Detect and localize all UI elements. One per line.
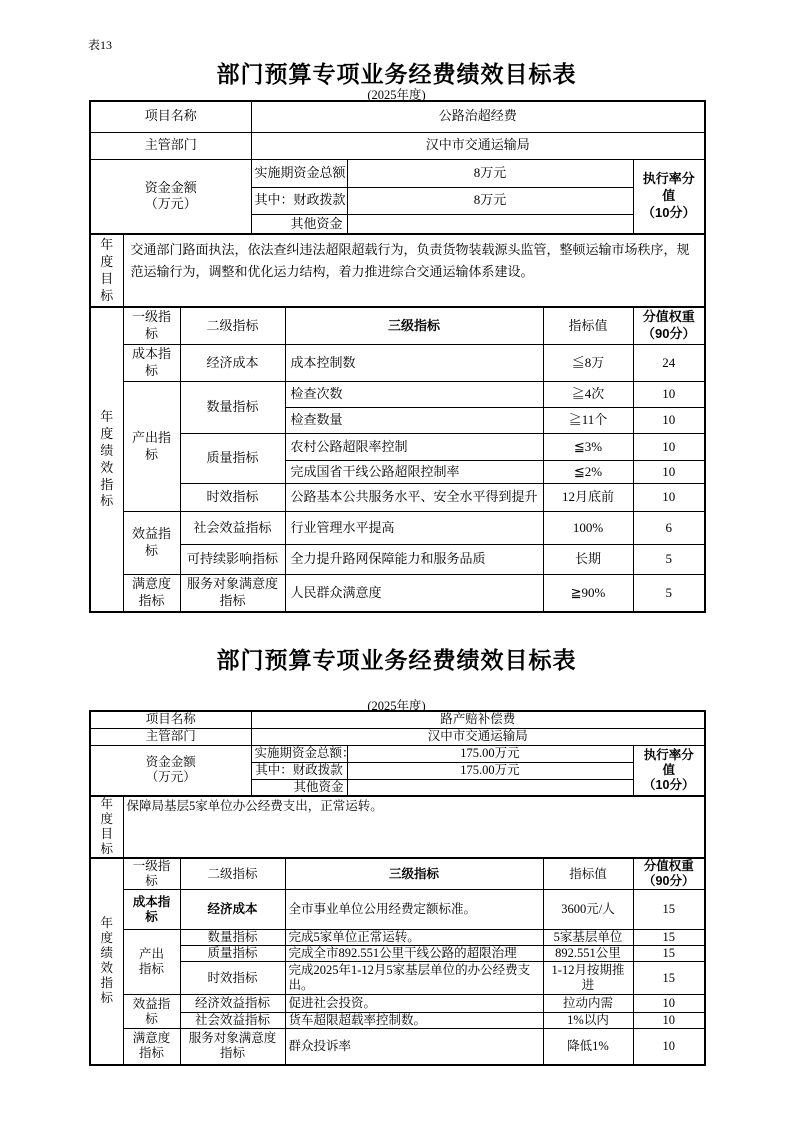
value-cell: ≧11个 <box>543 408 633 434</box>
weight-cell: 5 <box>633 575 705 612</box>
level3-cell: 检查数量 <box>285 408 543 434</box>
fund-total-label: 实施期资金总额： <box>251 745 347 762</box>
table1: 项目名称 公路治超经费 主管部门 汉中市交通运输局 资金金额 （万元） 实施期资… <box>89 100 706 613</box>
dept-value: 汉中市交通运输局 <box>251 132 705 159</box>
table-row: 产出 指标 数量指标 完成5家单位正常运转。 5家基层单位 15 <box>90 930 705 946</box>
page-number-label: 表13 <box>88 36 112 53</box>
level3-cell: 检查次数 <box>285 382 543 408</box>
level2-cell: 数量指标 <box>180 382 285 434</box>
header-level2: 二级指标 <box>180 307 285 344</box>
annual-perf-indicator-label: 年 度 绩 效 指 标 <box>90 307 123 612</box>
fund-fiscal-label: 其中：财政拨款 <box>251 187 347 214</box>
fund-amount-label: 资金金额 （万元） <box>90 159 251 234</box>
level2-cell: 经济成本 <box>180 890 285 930</box>
annual-goal-text: 交通部门路面执法，依法查纠违法超限超载行为，负责货物装载源头监管，整顿运输市场秩… <box>123 234 705 307</box>
level2-cell: 经济效益指标 <box>180 995 285 1013</box>
value-cell: 降低1% <box>543 1029 633 1065</box>
table-row: 质量指标 完成全市892.551公里干线公路的超限治理 892.551公里 15 <box>90 946 705 962</box>
level2-cell: 服务对象满意度 指标 <box>180 575 285 612</box>
header-level3: 三级指标 <box>285 307 543 344</box>
fund-other-value <box>347 214 633 234</box>
level1-cell: 成本指 标 <box>123 345 180 382</box>
table1-indicators: 年 度 绩 效 指 标 一级指 标 二级指标 三级指标 指标值 分值权重 （90… <box>89 306 706 613</box>
weight-cell: 15 <box>633 890 705 930</box>
level2-cell: 可持续影响指标 <box>180 545 285 575</box>
annual-goal-text: 保障局基层5家单位办公经费支出，正常运转。 <box>123 796 705 858</box>
fund-total-label: 实施期资金总额： <box>251 159 347 187</box>
header-value: 指标值 <box>543 307 633 344</box>
dept-label: 主管部门 <box>90 132 251 159</box>
table-row: 产出指 标 数量指标 检查次数 ≧4次 10 <box>90 382 705 408</box>
table2-indicators: 年 度 绩 效 指 标 一级指 标 二级指标 三级指标 指标值 分值权重 （90… <box>89 857 706 1066</box>
project-name-label: 项目名称 <box>90 101 251 132</box>
fund-total-value: 175.00万元 <box>347 745 633 762</box>
level3-cell: 全市事业单位公用经费定额标准。 <box>285 890 543 930</box>
value-cell: ≦8万 <box>543 345 633 382</box>
value-cell: 100% <box>543 512 633 545</box>
value-cell: 3600元/人 <box>543 890 633 930</box>
weight-cell: 10 <box>633 461 705 484</box>
table-row: 效益指 标 经济效益指标 促进社会投资。 拉动内需 10 <box>90 995 705 1013</box>
fund-fiscal-value: 8万元 <box>347 187 633 214</box>
table2-goal: 年 度 目 标 保障局基层5家单位办公经费支出，正常运转。 <box>89 795 706 859</box>
value-cell: ≦2% <box>543 461 633 484</box>
project-name-label: 项目名称 <box>90 711 251 728</box>
fund-total-value: 8万元 <box>347 159 633 187</box>
value-cell: 12月底前 <box>543 484 633 512</box>
level3-cell: 人民群众满意度 <box>285 575 543 612</box>
value-cell: 5家基层单位 <box>543 930 633 946</box>
project-name-value: 公路治超经费 <box>251 101 705 132</box>
level1-cell: 效益指 标 <box>123 512 180 575</box>
table2: 项目名称 路产赔补偿费 主管部门 汉中市交通运输局 资金金额 （万元） 实施期资… <box>89 710 706 1066</box>
level2-cell: 数量指标 <box>180 930 285 946</box>
level3-cell: 完成国省干线公路超限控制率 <box>285 461 543 484</box>
weight-cell: 15 <box>633 930 705 946</box>
weight-cell: 10 <box>633 1013 705 1029</box>
level3-cell: 公路基本公共服务水平、安全水平得到提升 <box>285 484 543 512</box>
fund-other-label: 其他资金 <box>251 779 347 796</box>
level3-cell: 群众投诉率 <box>285 1029 543 1065</box>
level3-cell: 全力提升路网保障能力和服务品质 <box>285 545 543 575</box>
weight-cell: 10 <box>633 434 705 461</box>
table1-info: 项目名称 公路治超经费 主管部门 汉中市交通运输局 资金金额 （万元） 实施期资… <box>89 100 706 235</box>
level1-cell: 满意度 指标 <box>123 1029 180 1065</box>
header-level1: 一级指 标 <box>123 307 180 344</box>
weight-cell: 15 <box>633 946 705 962</box>
level3-cell: 完成5家单位正常运转。 <box>285 930 543 946</box>
level2-cell: 时效指标 <box>180 484 285 512</box>
level1-cell: 产出 指标 <box>123 930 180 995</box>
table-row: 社会效益指标 货车超限超载率控制数。 1%以内 10 <box>90 1013 705 1029</box>
weight-cell: 10 <box>633 382 705 408</box>
weight-cell: 10 <box>633 484 705 512</box>
project-name-value: 路产赔补偿费 <box>251 711 705 728</box>
table-row: 可持续影响指标 全力提升路网保障能力和服务品质 长期 5 <box>90 545 705 575</box>
table-row: 成本指 标 经济成本 全市事业单位公用经费定额标准。 3600元/人 15 <box>90 890 705 930</box>
value-cell: 1%以内 <box>543 1013 633 1029</box>
value-cell: 长期 <box>543 545 633 575</box>
table2-info: 项目名称 路产赔补偿费 主管部门 汉中市交通运输局 资金金额 （万元） 实施期资… <box>89 710 706 797</box>
dept-label: 主管部门 <box>90 728 251 745</box>
level3-cell: 货车超限超载率控制数。 <box>285 1013 543 1029</box>
execution-rate-score-label: 执行率分 值 （10分） <box>633 745 705 796</box>
level3-cell: 成本控制数 <box>285 345 543 382</box>
level3-cell: 完成2025年1-12月5家基层单位的办公经费支出。 <box>285 962 543 995</box>
level1-cell: 效益指 标 <box>123 995 180 1029</box>
table-row: 成本指 标 经济成本 成本控制数 ≦8万 24 <box>90 345 705 382</box>
level2-cell: 服务对象满意度 指标 <box>180 1029 285 1065</box>
annual-goal-label: 年 度 目 标 <box>90 234 123 307</box>
level3-cell: 行业管理水平提高 <box>285 512 543 545</box>
level1-cell: 满意度 指标 <box>123 575 180 612</box>
header-level2: 二级指标 <box>180 858 285 890</box>
level3-cell: 农村公路超限率控制 <box>285 434 543 461</box>
table-row: 满意度 指标 服务对象满意度 指标 群众投诉率 降低1% 10 <box>90 1029 705 1065</box>
weight-cell: 15 <box>633 962 705 995</box>
value-cell: ≦3% <box>543 434 633 461</box>
value-cell: ≧4次 <box>543 382 633 408</box>
value-cell: 1-12月按期推 进 <box>543 962 633 995</box>
execution-rate-score-label: 执行率分 值 （10分） <box>633 159 705 234</box>
table-row: 质量指标 农村公路超限率控制 ≦3% 10 <box>90 434 705 461</box>
weight-cell: 6 <box>633 512 705 545</box>
weight-cell: 10 <box>633 408 705 434</box>
table1-goal: 年 度 目 标 交通部门路面执法，依法查纠违法超限超载行为，负责货物装载源头监管… <box>89 233 706 308</box>
dept-value: 汉中市交通运输局 <box>251 728 705 745</box>
level2-cell: 时效指标 <box>180 962 285 995</box>
level1-cell: 成本指 标 <box>123 890 180 930</box>
fund-amount-label: 资金金额 （万元） <box>90 745 251 796</box>
weight-cell: 10 <box>633 995 705 1013</box>
level3-cell: 完成全市892.551公里干线公路的超限治理 <box>285 946 543 962</box>
level2-cell: 社会效益指标 <box>180 512 285 545</box>
value-cell: 892.551公里 <box>543 946 633 962</box>
table2-title: 部门预算专项业务经费绩效目标表 <box>0 642 793 675</box>
level1-cell: 产出指 标 <box>123 382 180 512</box>
fund-fiscal-value: 175.00万元 <box>347 762 633 779</box>
weight-cell: 5 <box>633 545 705 575</box>
header-level3: 三级指标 <box>285 858 543 890</box>
table-row: 满意度 指标 服务对象满意度 指标 人民群众满意度 ≧90% 5 <box>90 575 705 612</box>
weight-cell: 10 <box>633 1029 705 1065</box>
value-cell: ≧90% <box>543 575 633 612</box>
level2-cell: 社会效益指标 <box>180 1013 285 1029</box>
table-row: 时效指标 完成2025年1-12月5家基层单位的办公经费支出。 1-12月按期推… <box>90 962 705 995</box>
header-value: 指标值 <box>543 858 633 890</box>
header-level1: 一级指 标 <box>123 858 180 890</box>
value-cell: 拉动内需 <box>543 995 633 1013</box>
level2-cell: 经济成本 <box>180 345 285 382</box>
header-weight: 分值权重 （90分） <box>633 858 705 890</box>
level3-cell: 促进社会投资。 <box>285 995 543 1013</box>
annual-goal-label: 年 度 目 标 <box>90 796 123 858</box>
header-weight: 分值权重 （90分） <box>633 307 705 344</box>
fund-other-value <box>347 779 633 796</box>
fund-fiscal-label: 其中：财政拨款 <box>251 762 347 779</box>
weight-cell: 24 <box>633 345 705 382</box>
table-row: 效益指 标 社会效益指标 行业管理水平提高 100% 6 <box>90 512 705 545</box>
level2-cell: 质量指标 <box>180 434 285 484</box>
annual-perf-indicator-label: 年 度 绩 效 指 标 <box>90 858 123 1065</box>
table-row: 时效指标 公路基本公共服务水平、安全水平得到提升 12月底前 10 <box>90 484 705 512</box>
fund-other-label: 其他资金 <box>251 214 347 234</box>
level2-cell: 质量指标 <box>180 946 285 962</box>
